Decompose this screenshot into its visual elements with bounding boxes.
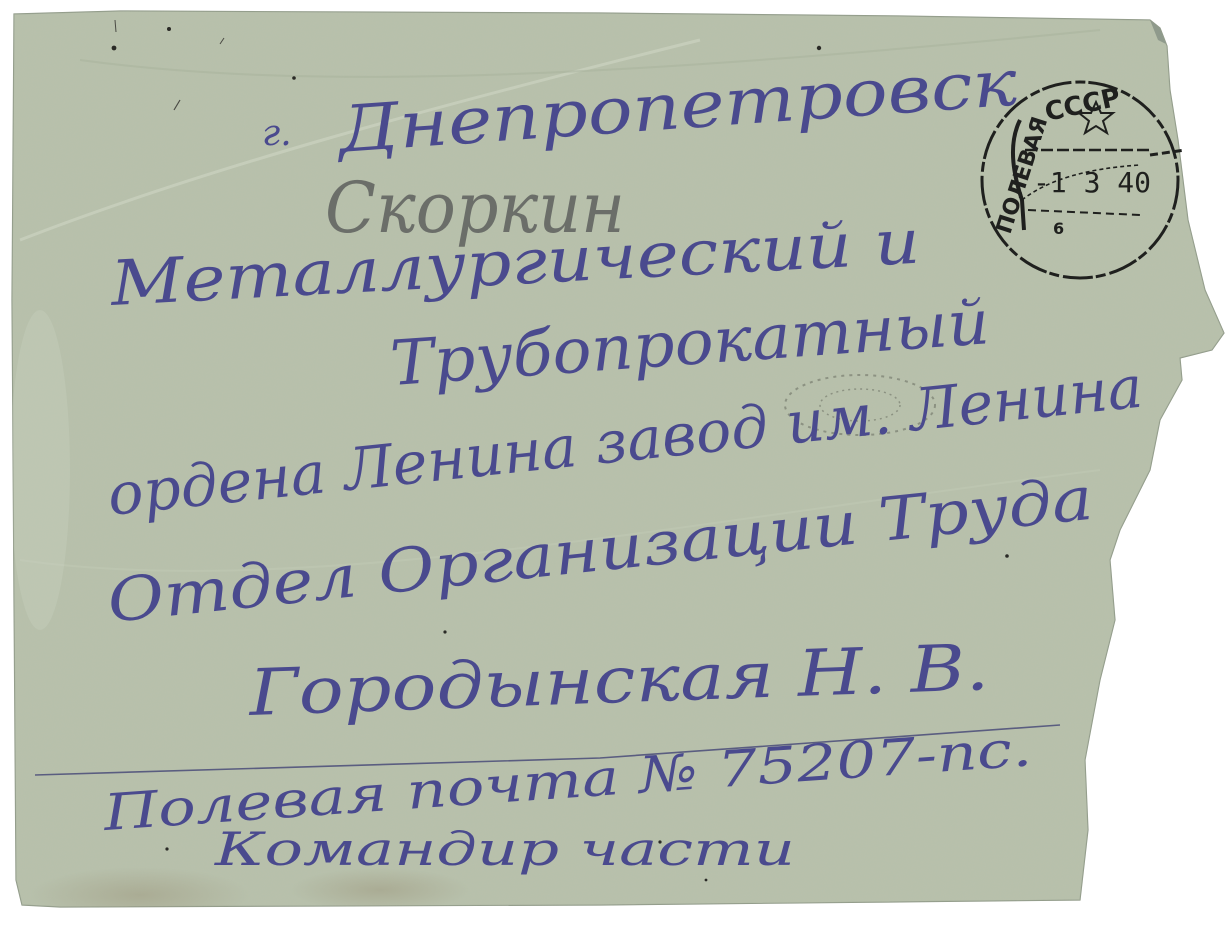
sender-line-2: Командир части [214, 822, 795, 876]
postmark-bottom-mark: 6 [1053, 219, 1064, 238]
postmark-date: -1 3 40 [1033, 166, 1151, 199]
city-prefix: г. [262, 113, 292, 154]
envelope-scan: СССР ПОЛЕВАЯ -1 3 40 6 г. Днепропетровск… [0, 0, 1230, 927]
